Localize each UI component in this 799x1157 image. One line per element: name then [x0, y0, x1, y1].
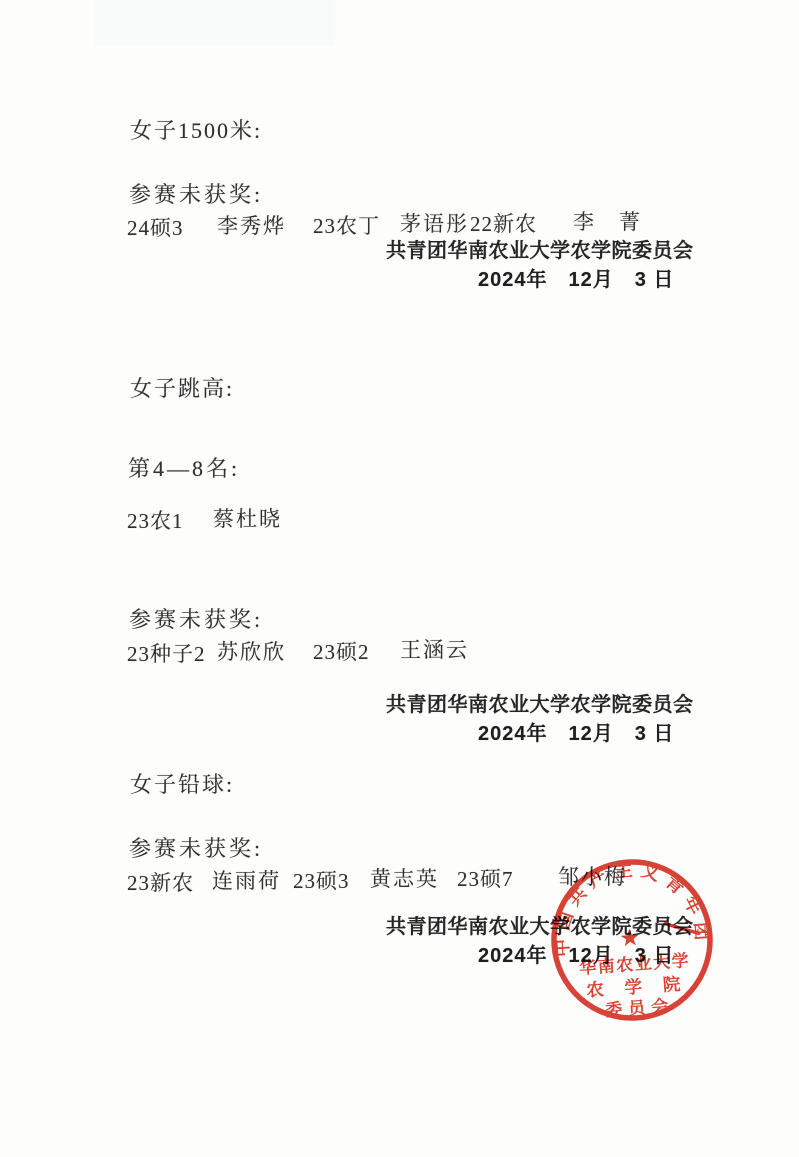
committee-signature: 共青团华南农业大学农学院委员会 [386, 688, 694, 717]
athlete-name: 苏欣欣 [217, 636, 286, 666]
class-code: 23硕2 [313, 636, 370, 666]
class-code: 23新农 [127, 867, 194, 897]
class-code: 24硕3 [127, 212, 184, 242]
class-code: 23农丁 [313, 210, 380, 240]
class-code: 23硕3 [293, 865, 350, 895]
signature-date: 2024年 12月 3 日 [478, 717, 674, 746]
no-award-label: 参赛未获奖: [129, 832, 263, 863]
committee-signature: 共青团华南农业大学农学院委员会 [386, 234, 694, 263]
athlete-name: 黄志英 [370, 863, 439, 893]
athlete-name: 蔡杜晓 [213, 503, 282, 533]
class-code: 23种子2 [127, 638, 206, 668]
athlete-name: 李秀烨 [217, 210, 286, 240]
no-award-label: 参赛未获奖: [129, 603, 263, 634]
rank-range-label: 第4—8名: [128, 452, 240, 483]
official-seal: 中国共产主义青年团 华南农业大学 农 学 院 委员会 [538, 846, 726, 1034]
class-code: 23硕7 [457, 863, 514, 893]
no-award-label: 参赛未获奖: [129, 178, 263, 209]
athlete-name: 李 菁 [573, 206, 642, 236]
seal-committee-line: 委员会 [605, 995, 675, 1020]
signature-date: 2024年 12月 3 日 [478, 263, 674, 292]
scan-artifact [95, 0, 335, 46]
star-icon [620, 928, 639, 946]
athlete-name: 王涵云 [400, 634, 469, 664]
scanned-document-page: 女子1500米: 参赛未获奖: 24硕3 李秀烨 23农丁 茅语彤 22新农 李… [0, 0, 799, 1157]
event-title: 女子铅球: [130, 768, 234, 799]
class-code: 23农1 [127, 505, 184, 535]
event-title: 女子跳高: [130, 372, 234, 403]
athlete-name: 连雨荷 [212, 865, 281, 895]
event-title: 女子1500米: [130, 114, 262, 145]
